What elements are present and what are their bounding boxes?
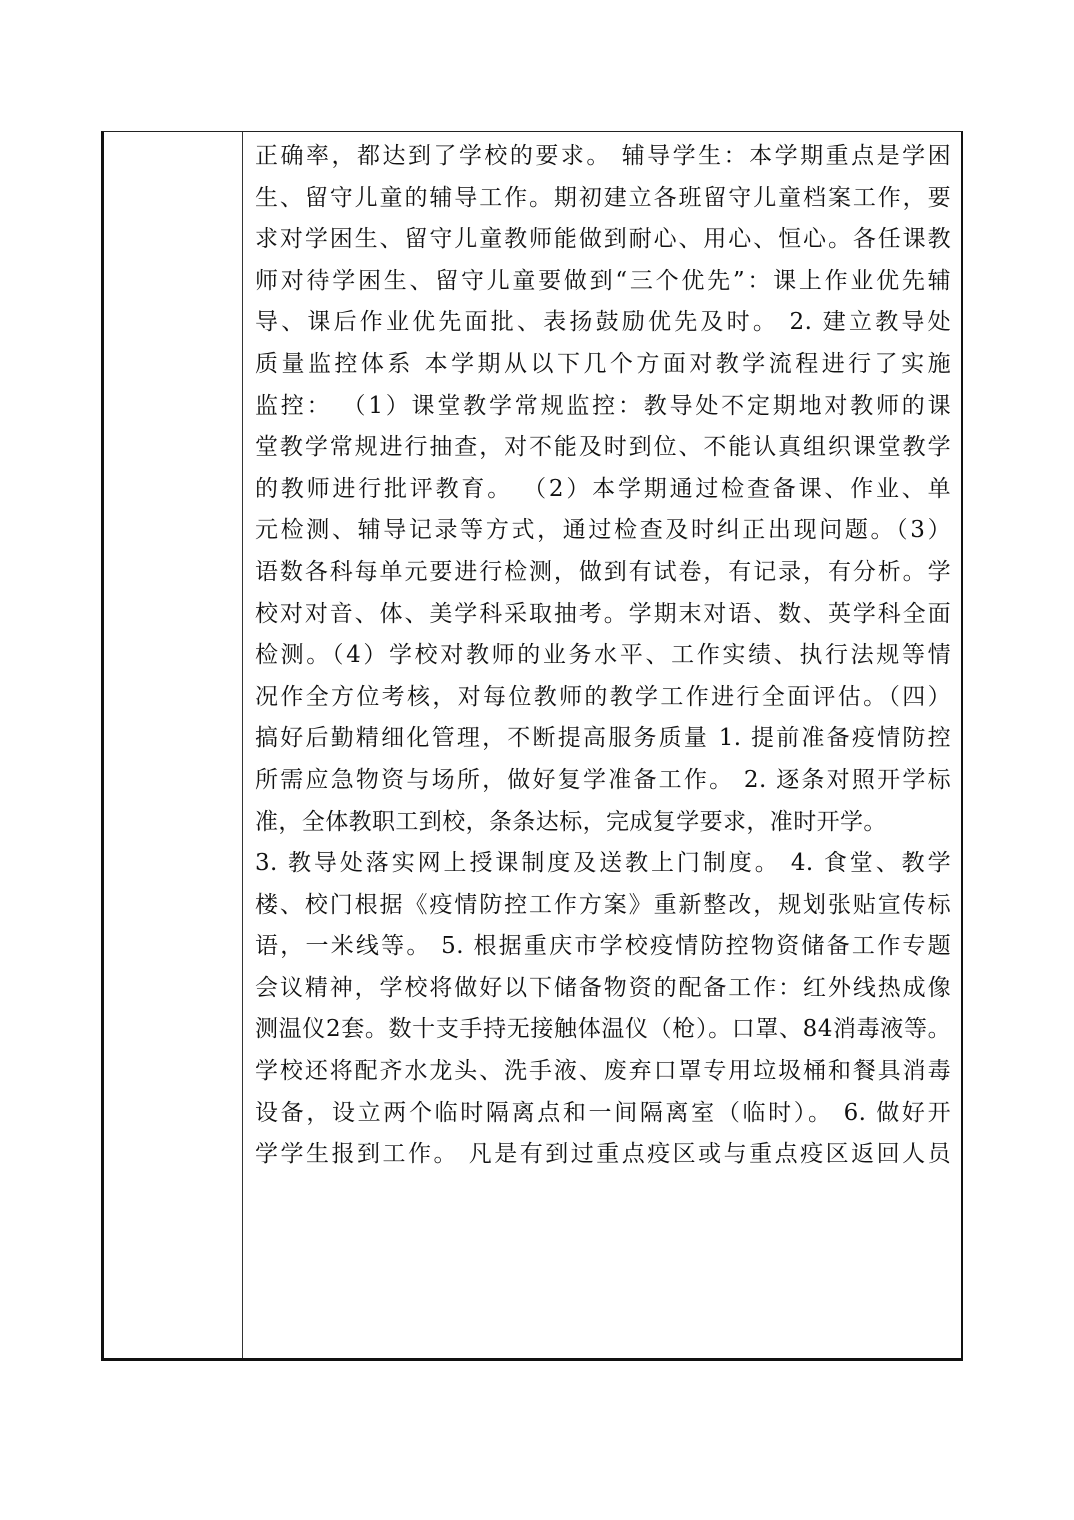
paragraph-line: 导、课后作业优先面批、表扬鼓励优先及时。 2. 建立教导处 [255, 302, 951, 344]
report-table: 正确率，都达到了学校的要求。 辅导学生：本学期重点是学困 生、留守儿童的辅导工作… [101, 131, 963, 1361]
paragraph-line: 设备，设立两个临时隔离点和一间隔离室（临时）。 6. 做好开 [255, 1093, 951, 1135]
paragraph-line: 准，全体教职工到校，条条达标，完成复学要求，准时开学。 [255, 802, 951, 844]
table-label-cell [104, 132, 243, 1358]
paragraph-line: 测温仪2套。数十支手持无接触体温仪（枪）。口罩、84消毒液等。 [255, 1009, 951, 1051]
paragraph-line: 校对对音、体、美学科采取抽考。学期末对语、数、英学科全面 [255, 594, 951, 636]
paragraph-line: 3. 教导处落实网上授课制度及送教上门制度。 4. 食堂、教学 [255, 843, 951, 885]
paragraph-line: 楼、校门根据《疫情防控工作方案》重新整改，规划张贴宣传标 [255, 885, 951, 927]
paragraph-line: 检测。（4）学校对教师的业务水平、工作实绩、执行法规等情 [255, 635, 951, 677]
paragraph-line: 所需应急物资与场所，做好复学准备工作。 2. 逐条对照开学标 [255, 760, 951, 802]
document-page: 正确率，都达到了学校的要求。 辅导学生：本学期重点是学困 生、留守儿童的辅导工作… [0, 0, 1074, 1520]
table-content-cell: 正确率，都达到了学校的要求。 辅导学生：本学期重点是学困 生、留守儿童的辅导工作… [243, 132, 961, 1358]
paragraph-line: 监控： （1）课堂教学常规监控：教导处不定期地对教师的课 [255, 386, 951, 428]
paragraph-line: 师对待学困生、留守儿童要做到“三个优先”：课上作业优先辅 [255, 261, 951, 303]
paragraph-line: 学校还将配齐水龙头、洗手液、废弃口罩专用垃圾桶和餐具消毒 [255, 1051, 951, 1093]
paragraph-line: 求对学困生、留守儿童教师能做到耐心、用心、恒心。各任课教 [255, 219, 951, 261]
paragraph-line: 质量监控体系 本学期从以下几个方面对教学流程进行了实施 [255, 344, 951, 386]
paragraph-line: 的教师进行批评教育。 （2）本学期通过检查备课、作业、单 [255, 469, 951, 511]
paragraph-line: 语数各科每单元要进行检测，做到有试卷，有记录，有分析。学 [255, 552, 951, 594]
paragraph-line: 学学生报到工作。 凡是有到过重点疫区或与重点疫区返回人员 [255, 1134, 951, 1176]
paragraph-line: 元检测、辅导记录等方式，通过检查及时纠正出现问题。（3） [255, 510, 951, 552]
paragraph-line: 语，一米线等。 5. 根据重庆市学校疫情防控物资储备工作专题 [255, 926, 951, 968]
paragraph-line: 生、留守儿童的辅导工作。期初建立各班留守儿童档案工作，要 [255, 178, 951, 220]
paragraph-line: 搞好后勤精细化管理，不断提高服务质量 1. 提前准备疫情防控 [255, 718, 951, 760]
paragraph-line: 正确率，都达到了学校的要求。 辅导学生：本学期重点是学困 [255, 136, 951, 178]
paragraph-line: 况作全方位考核，对每位教师的教学工作进行全面评估。（四） [255, 677, 951, 719]
paragraph-line: 堂教学常规进行抽查，对不能及时到位、不能认真组织课堂教学 [255, 427, 951, 469]
paragraph-line: 会议精神，学校将做好以下储备物资的配备工作：红外线热成像 [255, 968, 951, 1010]
